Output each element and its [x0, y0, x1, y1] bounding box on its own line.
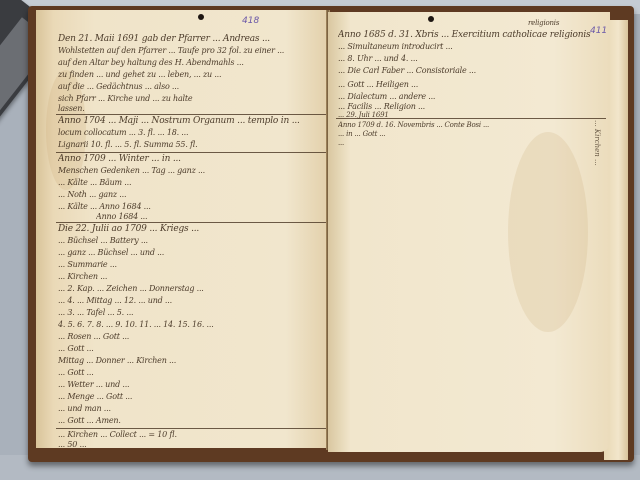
entry-line: sich Pfarr ... Kirche und ... zu halte	[58, 94, 326, 104]
entry-line: ... Gott ... Amen.	[58, 416, 326, 426]
entry-line: ... 3. ... Tafel ... 5. ...	[58, 308, 326, 318]
entry-line: lassen.	[58, 104, 326, 114]
entry-line: ... Kälte ... Anno 1684 ...	[58, 202, 326, 212]
left-page: 418 Den 21. Maii 1691 gab der Pfarrer ..…	[36, 10, 330, 448]
entry-divider	[56, 222, 326, 223]
entry-line: ... ganz ... Büchsel ... und ...	[58, 248, 326, 258]
entry-line: zu finden ... und gehet zu ... leben, ..…	[58, 70, 326, 80]
entry-divider	[56, 428, 326, 429]
entry-line: auf den Altar bey haltung des H. Abendma…	[58, 58, 326, 68]
entry-line: ... Büchsel ... Battery ...	[58, 236, 326, 246]
entry-line: ... Dialectum ... andere ...	[338, 92, 604, 102]
entry-line: ...	[338, 138, 378, 148]
entry-line: Den 21. Maii 1691 gab der Pfarrer ... An…	[58, 34, 326, 44]
entry-line: ... Rosen ... Gott ...	[58, 332, 326, 342]
entry-line: ... Simultaneum introducirt ...	[338, 42, 604, 52]
entry-line: Anno 1704 ... Maji ... Nostrum Organum .…	[58, 116, 326, 126]
margin-notes: ... Kirchen ...	[592, 120, 604, 440]
entry-line: ... Kirchen ... Collect ... = 10 fl.	[58, 430, 326, 440]
entry-line: ... Kirchen ...	[58, 272, 326, 282]
binding-hole	[198, 14, 204, 20]
entry-line: Lignarii 10. fl. ... 5. fl. Summa 55. fl…	[58, 140, 326, 150]
entry-line: auf die ... Gedächtnus ... also ...	[58, 82, 326, 92]
entry-line: ... Gott ...	[58, 368, 326, 378]
entry-line: ... Die Carl Faber ... Consistoriale ...	[338, 66, 604, 76]
folio-number: 418	[242, 16, 259, 26]
folio-number: 411	[590, 26, 607, 36]
entry-line: ... Noth ... ganz ...	[58, 190, 326, 200]
entry-line: ... Gott ...	[58, 344, 326, 354]
entry-line: Anno 1684 ...	[96, 212, 326, 222]
entry-line: ... Kälte ... Bäum ...	[58, 178, 326, 188]
entry-divider	[56, 114, 326, 115]
entry-line: ... 50 ...	[58, 440, 326, 450]
entry-line: Anno 1685 d. 31. Xbris ... Exercitium ca…	[338, 30, 592, 40]
entry-line: 4. 5. 6. 7. 8. ... 9. 10. 11. ... 14. 15…	[58, 320, 326, 330]
entry-line: ... Menge ... Gott ...	[58, 392, 326, 402]
entry-line: ... Summarie ...	[58, 260, 326, 270]
header-note: religionis	[528, 18, 588, 28]
entry-line: Wohlstetten auf den Pfarrer ... Taufe pr…	[58, 46, 326, 56]
entry-line: ... Gott ... Heiligen ...	[338, 80, 604, 90]
entry-line: ... 4. ... Mittag ... 12. ... und ...	[58, 296, 326, 306]
entry-line: Menschen Gedenken ... Tag ... ganz ...	[58, 166, 326, 176]
entry-line: ... 8. Uhr ... und 4. ...	[338, 54, 604, 64]
paper-stain	[508, 132, 588, 332]
entry-line: locum collocatum ... 3. fl. ... 18. ...	[58, 128, 326, 138]
binding-hole	[428, 16, 434, 22]
entry-line: Mittag ... Donner ... Kirchen ...	[58, 356, 326, 366]
right-page: 411 religionis Anno 1685 d. 31. Xbris ..…	[328, 12, 610, 452]
entry-line: ... und man ...	[58, 404, 326, 414]
entry-line: ... 2. Kap. ... Zeichen ... Donnerstag .…	[58, 284, 326, 294]
entry-divider	[336, 118, 606, 119]
entry-line: ... Wetter ... und ...	[58, 380, 326, 390]
entry-divider	[56, 152, 326, 153]
entry-line: Die 22. Julii ao 1709 ... Kriegs ...	[58, 224, 326, 234]
entry-line: Anno 1709 ... Winter ... in ...	[58, 154, 326, 164]
